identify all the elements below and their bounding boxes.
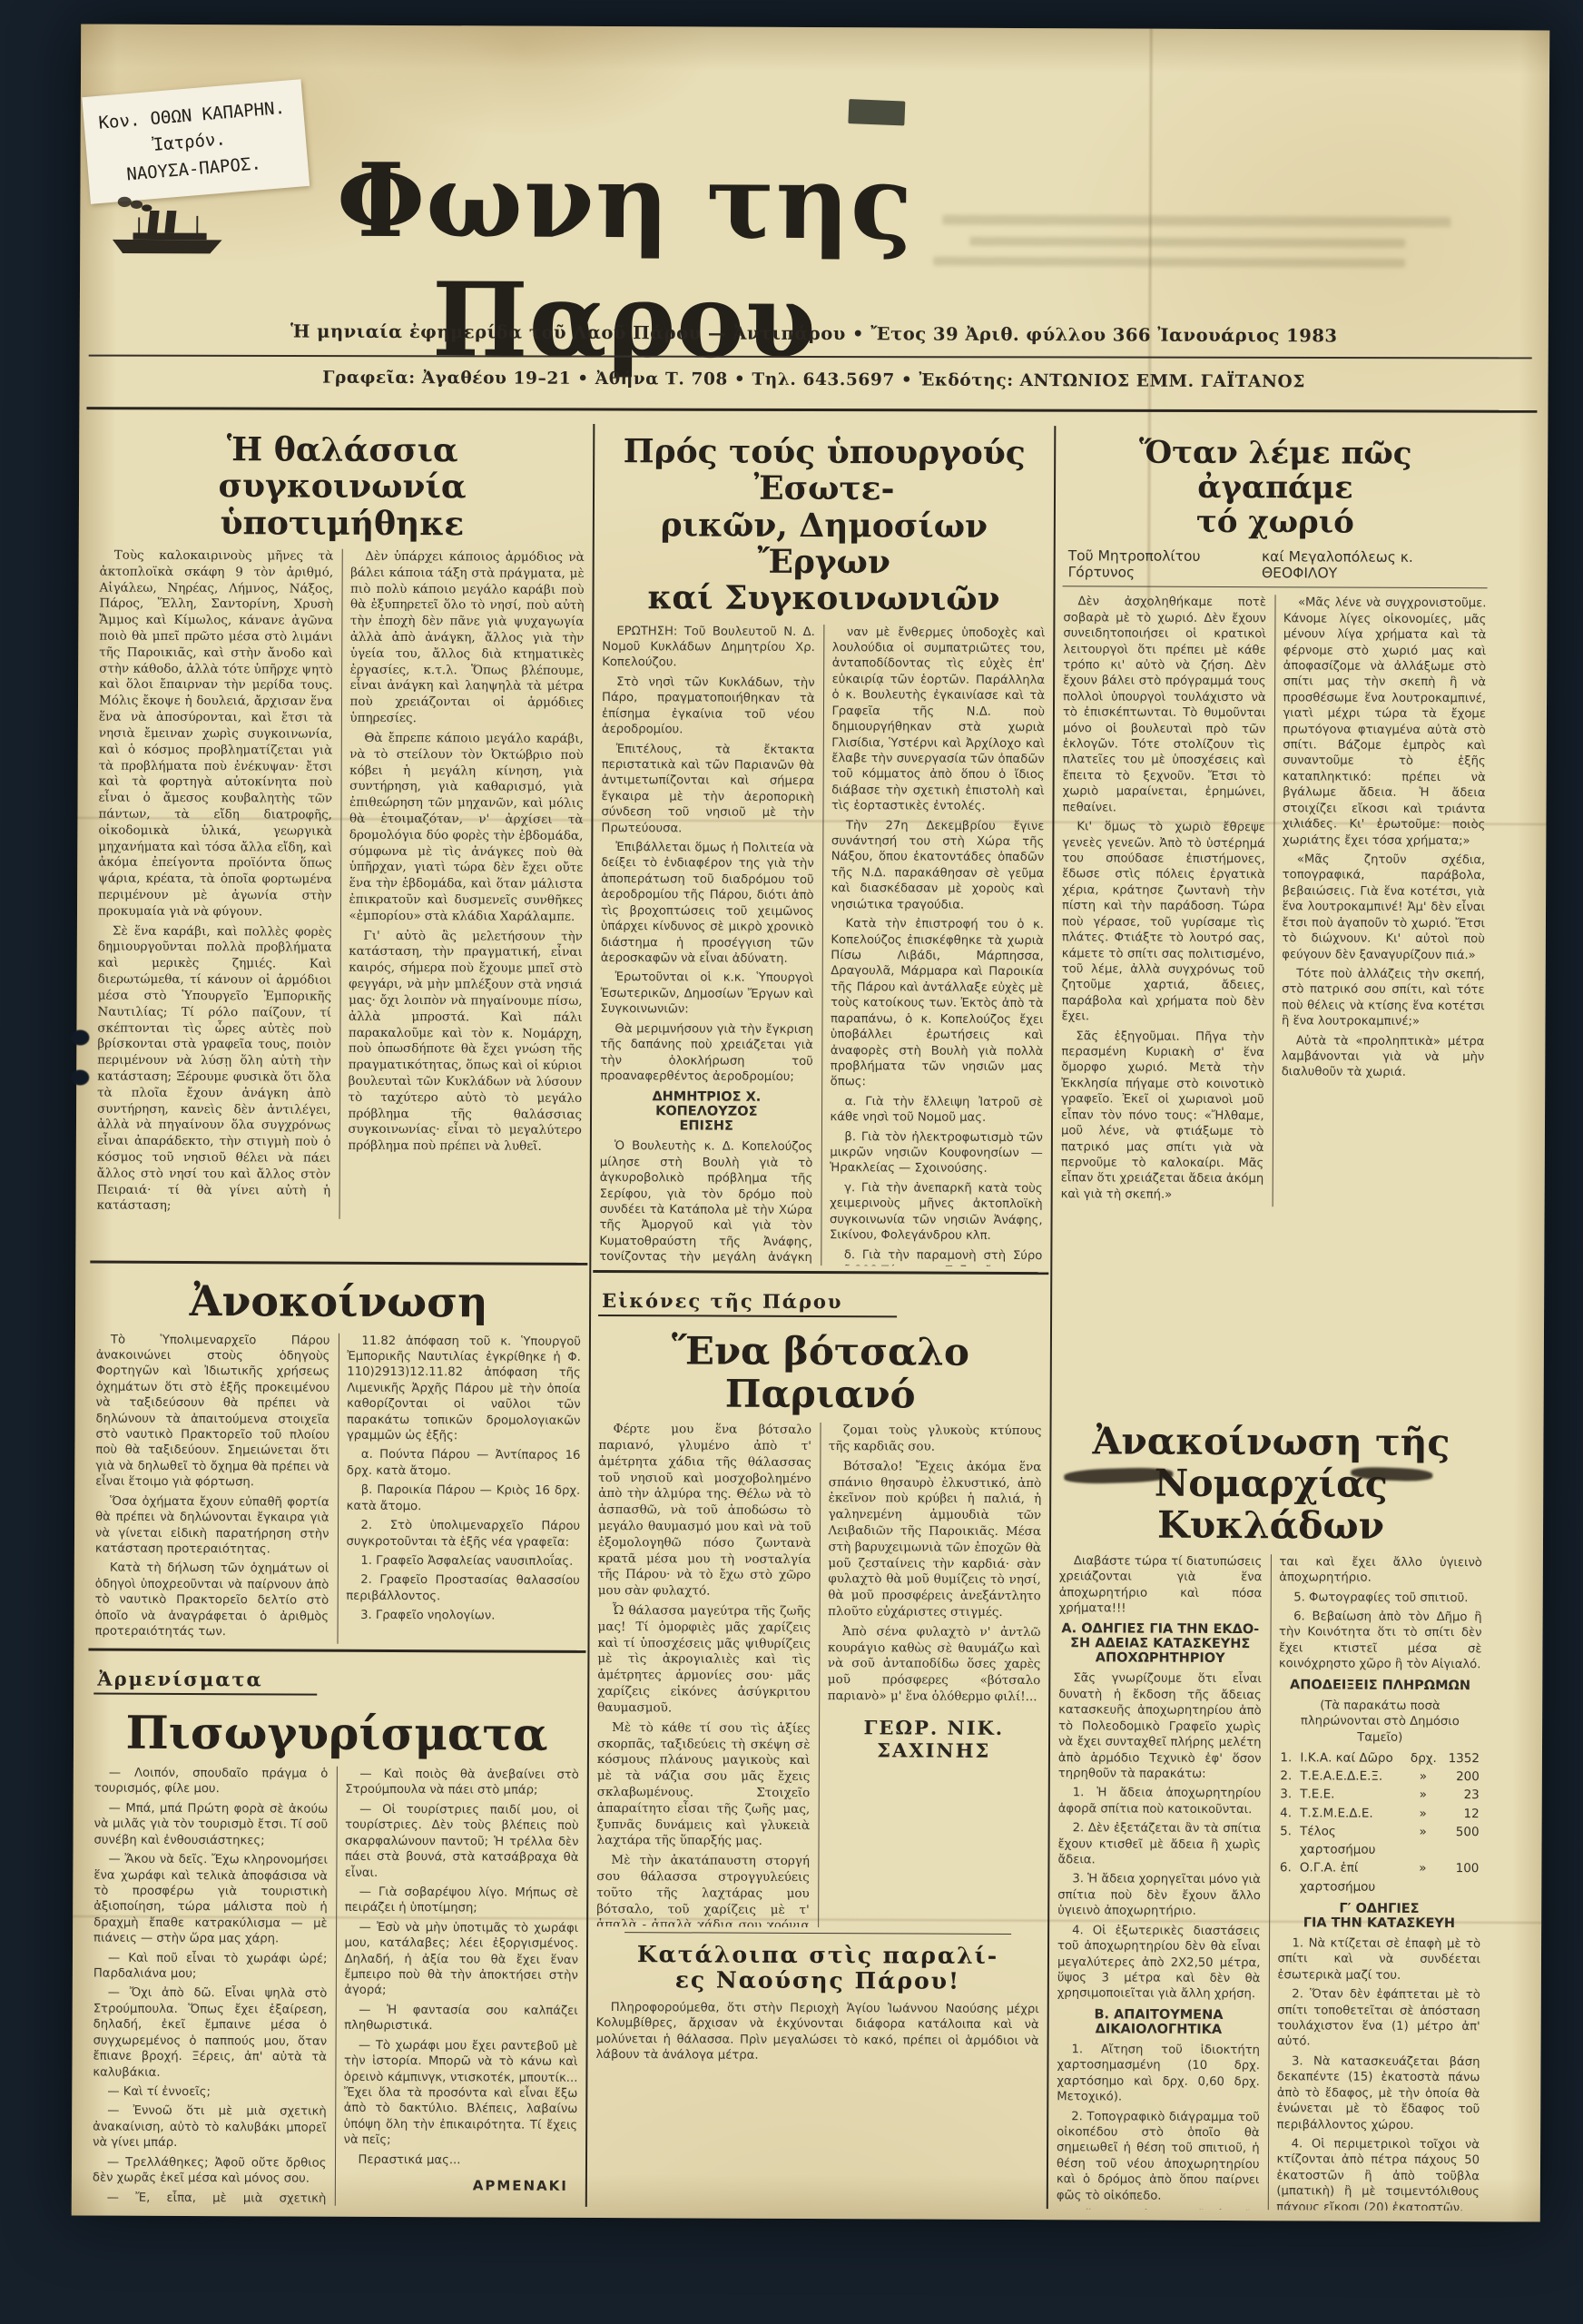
- body-paragraph: 1. Γραφεῖο Ἀσφαλείας ναυσιπλοΐας.: [346, 1553, 580, 1571]
- body-paragraph: Δὲν ἀσχοληθήκαμε ποτὲ σοβαρὰ μὲ τὸ χωριό…: [1062, 594, 1266, 816]
- list-item: γ. Γιὰ τὴν ἀνεπαρκῆ κατὰ τοὺς χειμερινοὺ…: [830, 1180, 1043, 1245]
- body-paragraph: 2. Γραφεῖο Προστασίας θαλασσίου περιβάλλ…: [346, 1572, 580, 1605]
- fee-row: 3. Τ.Ε.Ε. » 23: [1278, 1786, 1481, 1805]
- list-item: 1. Αἴτηση τοῦ ἰδιοκτήτη χαρτοσημασμένη (…: [1057, 2042, 1260, 2106]
- byline-author: καί Μεγαλοπόλεως κ. ΘΕΟΦΙΛΟΥ: [1262, 548, 1482, 582]
- body-paragraph: β. Παροικία Πάρου — Κριὸς 16 δρχ. κατὰ ἄ…: [347, 1482, 581, 1515]
- fee-unit: »: [1411, 1805, 1436, 1823]
- byline-author: Τοῦ Μητροπολίτου Γόρτυνος: [1068, 547, 1262, 581]
- body-paragraph: Τὴν 27η Δεκεμβρίου ἔγινε συνάντησή του σ…: [831, 818, 1045, 914]
- list-item: 6. Βεβαίωση ἀπὸ τὸν Δῆμο ἢ τὴν Κοινότητα…: [1279, 1609, 1482, 1673]
- author-signature: ΓΕΩΡ. ΝΙΚ. ΣΑΧΙΝΗΣ: [827, 1716, 1040, 1762]
- body-paragraph: Τότε ποὺ ἀλλάζεις τὴν σκεπή, στὸ πατρικό…: [1282, 966, 1485, 1030]
- deputy-name: ΔΗΜΗΤΡΙΟΣ Χ. ΚΟΠΕΛΟΥΖΟΣ ΕΠΙΣΗΣ: [600, 1089, 813, 1134]
- body-paragraph: ναν μὲ ἔνθερμες ὑποδοχὲς καὶ λουλούδια ο…: [831, 625, 1045, 815]
- list-item: α. Γιὰ τὴν ἔλλειψη Ἰατροῦ σὲ κάθε νησὶ τ…: [830, 1094, 1043, 1127]
- body-paragraph: Σὲ ἕνα καράβι, καὶ πολλὲς φορὲς δημιουργ…: [97, 923, 332, 1216]
- section-divider: [90, 1261, 587, 1265]
- column-kicker: Ἀρμενίσματα: [93, 1666, 318, 1696]
- list-item: 3. Νὰ κατασκευάζεται βάση δεκαπέντε (15)…: [1277, 2053, 1480, 2133]
- list-item: 3. Ἔντυπα οἰκοδομικῶν ἀδειῶν (ἀξία ἐντύπ…: [1057, 2207, 1260, 2211]
- fee-unit: δρχ.: [1411, 1749, 1436, 1768]
- page-columns: Ἡ θαλάσσια συγκοινωνία ὑποτιμήθηκε Τοὺς …: [84, 422, 1496, 2211]
- section-divider: [624, 1932, 1011, 1935]
- dialogue-line: — Μπά, μπά Πρώτη φορὰ σὲ ἀκούω νὰ μιλᾶς …: [94, 1800, 329, 1848]
- body-paragraph: «Μᾶς λένε νὰ συγχρονιστοῦμε. Κάνομε λίγε…: [1283, 596, 1487, 850]
- fee-row: 5. Τέλος χαρτοσήμου » 500: [1278, 1822, 1481, 1859]
- column-kicker: Εἰκόνες τῆς Πάρου: [598, 1287, 898, 1317]
- fee-number: 3.: [1280, 1786, 1300, 1804]
- dialogue-line: — Ἐσὺ νὰ μὴν ὑποτιμᾶς τὸ χωράφι μου, κατ…: [344, 1920, 578, 2000]
- body-paragraph: Τὸ Ὑπολιμεναρχεῖο Πάρου ἀνακοινώνει στοὺ…: [95, 1332, 329, 1491]
- fee-amount: 23: [1436, 1786, 1480, 1804]
- body-paragraph: Μὲ τὴν ἀκατάπαυστη στοργή σου θάλασσα στ…: [595, 1853, 810, 1928]
- body-paragraph: Ὅσα ὀχήματα ἔχουν εὐπαθῆ φορτία θὰ πρέπε…: [95, 1493, 329, 1558]
- body-paragraph: 1. Μὲ τὴν 42925)127 6)20.: [94, 1643, 329, 1645]
- article-ministers-question: Πρός τούς ὑπουργούς Ἐσωτε- ρικῶν, Δημοσί…: [591, 424, 1054, 1266]
- fee-unit: »: [1410, 1859, 1435, 1896]
- body-paragraph: Κατὰ τὴν ἐπιστροφή του ὁ κ. Κοπελούζος ἐ…: [831, 916, 1044, 1091]
- section-b-heading: Β. ΑΠΑΙΤΟΥΜΕΝΑ ΔΙΚΑΙΟΛΟΓΗΤΙΚΑ: [1057, 2007, 1261, 2037]
- body-paragraph: Μὲ τὸ κάθε τί σου τὶς ἀξίες σκορπᾶς, ταξ…: [597, 1720, 811, 1851]
- column-middle: Πρός τούς ὑπουργούς Ἐσωτε- ρικῶν, Δημοσί…: [587, 424, 1055, 2209]
- article-nomarchia: Ἀνακοίνωση τῆς Νομαρχίας Κυκλάδων Διαβάσ…: [1048, 1412, 1491, 2211]
- payments-note: (Τὰ παρακάτω ποσὰ πληρώνονται στὸ Δημόσι…: [1279, 1698, 1482, 1746]
- fee-amount: 100: [1435, 1859, 1479, 1896]
- column-left: Ἡ θαλάσσια συγκοινωνία ὑποτιμήθηκε Τοὺς …: [84, 422, 594, 2207]
- body-paragraph: 2. Στὸ ὑπολιμεναρχεῖο Πάρου συγκροτοῦντα…: [346, 1518, 580, 1551]
- fee-unit: »: [1411, 1786, 1436, 1804]
- dialogue-line: — Καὶ ποῦ εἶναι τὸ χωράφι ὠρέ; Παρδαλιάν…: [93, 1950, 328, 1983]
- body-paragraph: Σᾶς γνωρίζουμε ὅτι εἶναι δυνατὴ ἡ ἔκδοση…: [1058, 1671, 1262, 1783]
- article-headline: Πισωγυρίσματα: [92, 1708, 582, 1760]
- article-headline: Κατάλοιπα στὶς παραλί- ες Ναούσης Πάρου!: [594, 1942, 1042, 1994]
- article-headline: Ἕνα βότσαλο Παριανό: [596, 1329, 1045, 1416]
- article-anakoinosi: Ἀνοκοίνωση Τὸ Ὑπολιμεναρχεῖο Πάρου ἀνακο…: [86, 1269, 589, 1645]
- list-item: 3. Ἡ ἄδεια χορηγεῖται μόνο γιὰ σπίτια πο…: [1057, 1872, 1261, 1920]
- body-paragraph: 3. Γραφεῖο νηολογίων.: [346, 1608, 580, 1625]
- fee-label: Ι.Κ.Α. καί Δῶρο: [1300, 1748, 1411, 1768]
- body-paragraph: Ἐπιτέλους, τὰ ἔκτακτα περιστατικὰ καὶ τῶ…: [601, 742, 814, 838]
- body-paragraph: Τοὺς καλοκαιρινοὺς μῆνες τὰ ἀκτοπλοϊκὰ σ…: [98, 548, 333, 921]
- fee-number: 1.: [1280, 1748, 1300, 1767]
- section-a-heading: Α. ΟΔΗΓΙΕΣ ΓΙΑ ΤΗΝ ΕΚΔΟ- ΣΗ ΑΔΕΙΑΣ ΚΑΤΑΣ…: [1058, 1622, 1262, 1667]
- list-item: 2. Ὅταν δὲν ἐφάπτεται μὲ τὸ σπίτι τοποθε…: [1277, 1986, 1480, 2051]
- paper-hole: [71, 1029, 89, 1045]
- fee-number: 5.: [1280, 1822, 1300, 1859]
- dialogue-line: — Ὄχι ἀπὸ δῶ. Εἶναι ψηλὰ στὸ Στρούμπουλα…: [93, 1985, 327, 2082]
- list-item: δ. Γιὰ τὴν παραμονὴ στὴ Σύρο τοῦ 298 Τάγ…: [830, 1247, 1043, 1266]
- fee-amount: 200: [1436, 1768, 1480, 1786]
- article-sea-transport: Ἡ θαλάσσια συγκοινωνία ὑποτιμήθηκε Τοὺς …: [88, 422, 593, 1257]
- fee-amount: 500: [1435, 1823, 1479, 1860]
- list-item: 5. Φωτογραφίες τοῦ σπιτιοῦ.: [1279, 1590, 1482, 1606]
- body-paragraph: Σᾶς ἐξηγοῦμαι. Πῆγα τὴν περασμένη Κυριακ…: [1061, 1029, 1264, 1204]
- newspaper-photo: { "colors": {"backdrop": "#16202b", "pap…: [0, 0, 1583, 2324]
- body-paragraph: Φέρτε μου ἕνα βότσαλο παριανό, γλυμένο ἀ…: [598, 1422, 811, 1600]
- body-paragraph: Ὁ Βουλευτὴς κ. Δ. Κοπελούζος μίλησε στὴ …: [599, 1138, 812, 1266]
- body-paragraph: Ἀπὸ σένα φυλαχτὸ ν' ἀντλῶ κουράγιο καθὼς…: [828, 1624, 1041, 1706]
- author-signature: ΑΡΜΕΝΑΚΙ: [343, 2171, 577, 2194]
- fee-label: Τ.Ε.Α.Ε.Δ.Ε.Ξ.: [1300, 1768, 1411, 1787]
- dialogue-line: — Καὶ τί ἐννοεῖς;: [93, 2084, 327, 2102]
- body-paragraph: ΕΡΩΤΗΣΗ: Τοῦ Βουλευτοῦ Ν. Δ. Νομοῦ Κυκλά…: [602, 624, 815, 672]
- body-paragraph: Ἐρωτοῦνται οἱ κ.κ. Ὑπουργοὶ Ἐσωτερικῶν, …: [601, 970, 814, 1018]
- body-paragraph: Κατὰ τὴ δήλωση τῶν ὀχημάτων οἱ ὁδηγοὶ ὑπ…: [95, 1561, 329, 1640]
- dark-tab-artifact: [848, 99, 905, 125]
- body-paragraph: Ἐπιβάλλεται ὅμως ἡ Πολιτεία νὰ δείξει τὸ…: [601, 840, 814, 967]
- list-item: 2. Δὲν ἐξετάζεται ἂν τὰ σπίτια ἔχουν κτι…: [1057, 1820, 1261, 1868]
- fee-row: 1. Ι.Κ.Α. καί Δῶρο δρχ. 1352: [1278, 1748, 1481, 1768]
- fee-row: 4. Τ.Σ.Μ.Ε.Δ.Ε. » 12: [1278, 1804, 1481, 1823]
- dialogue-line: — Καὶ ποιὸς θὰ ἀνεβαίνει στὸ Στρούμπουλα…: [345, 1767, 579, 1799]
- masthead-info-line: Γραφεῖα: Ἀγαθέου 19–21 • Ἀθήνα Τ. 708 • …: [80, 367, 1549, 392]
- dialogue-line: — Ἐννοῶ ὅτι μὲ μιὰ σχετικὴ ἀνακαίνιση, α…: [93, 2103, 327, 2152]
- newspaper-title: Φωνη της Παρου: [134, 141, 1116, 383]
- fee-number: 4.: [1280, 1804, 1300, 1822]
- fee-row: 6. Ο.Γ.Α. ἐπί χαρτοσήμου » 100: [1278, 1859, 1481, 1896]
- fee-unit: »: [1411, 1768, 1436, 1786]
- body-paragraph: Δὲν ὑπάρχει κάποιος ἁρμόδιος νὰ βάλει κά…: [349, 549, 584, 728]
- dialogue-line: — Τὸ χωράφι μου ἔχει ραντεβοῦ μὲ τὴν ἱστ…: [344, 2038, 578, 2150]
- fee-label: Ο.Γ.Α. ἐπί χαρτοσήμου: [1300, 1859, 1411, 1896]
- list-item: β. Γιὰ τὸν ἠλεκτροφωτισμὸ τῶν μικρῶν νησ…: [830, 1129, 1043, 1177]
- article-katalipa: Κατάλοιπα στὶς παραλί- ες Ναούσης Πάρου!…: [587, 1926, 1047, 2209]
- article-headline: Ἡ θαλάσσια συγκοινωνία ὑποτιμήθηκε: [97, 431, 588, 543]
- body-paragraph: Στὸ νησὶ τῶν Κυκλάδων, τὴν Πάρο, πραγματ…: [602, 675, 815, 739]
- masthead: Φωνη της Παρου Ἡ μηνιαία ἐφημερίδα τοῦ Λ…: [81, 24, 1549, 30]
- fee-amount: 12: [1436, 1805, 1480, 1823]
- body-paragraph: Θὰ ἔπρεπε κάποιο μεγάλο καράβι, νὰ τὸ στ…: [349, 731, 583, 926]
- byline: Τοῦ Μητροπολίτου Γόρτυνος καί Μεγαλοπόλε…: [1056, 546, 1495, 587]
- dialogue-line: — Λοιπόν, σπουδαῖο πράγμα ὁ τουρισμός, φ…: [94, 1766, 329, 1798]
- fee-row: 2. Τ.Ε.Α.Ε.Δ.Ε.Ξ. » 200: [1278, 1767, 1481, 1786]
- article-headline: Ὅταν λέμε πῶς ἀγαπάμε τό χωριό: [1061, 435, 1490, 540]
- article-headline: Ἀνοκοίνωση: [93, 1278, 584, 1327]
- dialogue-line: — Ἡ φαντασία σου καλπάζει πληθωριστικά.: [344, 2003, 578, 2035]
- list-item: 4. Οἱ ἐξωτερικὲς διαστάσεις τοῦ ἀποχωρητ…: [1057, 1923, 1261, 2003]
- dialogue-line: — Τρελλάθηκες; Ἀφοῦ οὔτε ὄρθιος δὲν χωρᾶ…: [93, 2154, 327, 2187]
- section-c-heading: Γ′ ΟΔΗΓΙΕΣ ΓΙΑ ΤΗΝ ΚΑΤΑΣΚΕΥΗ: [1278, 1901, 1481, 1931]
- column-right: Ὅταν λέμε πῶς ἀγαπάμε τό χωριό Τοῦ Μητρο…: [1048, 426, 1496, 2211]
- article-headline: Ἀνακοίνωση τῆς Νομαρχίας Κυκλάδων: [1057, 1421, 1486, 1548]
- dialogue-line: Περαστικά μας...: [343, 2152, 577, 2169]
- fees-table: 1. Ι.Κ.Α. καί Δῶρο δρχ. 1352 2. Τ.Ε.Α.Ε.…: [1278, 1748, 1481, 1896]
- article-pisogirismata: Ἀρμενίσματα Πισωγυρίσματα — Λοιπόν, σπου…: [84, 1657, 588, 2207]
- section-divider: [593, 1270, 1048, 1275]
- article-votsalo: Εἰκόνες τῆς Πάρου Ἕνα βότσαλο Παριανό Φέ…: [588, 1278, 1050, 1928]
- label-line: Κον. ΟΘΩΝ ΚΑΠΑΡΗΝ.: [98, 98, 286, 133]
- body-paragraph: 11.82 ἀπόφαση τοῦ κ. Ὑπουργοῦ Ἐμπορικῆς …: [347, 1333, 581, 1444]
- body-paragraph: ζομαι τοὺς γλυκοὺς κτύπους τῆς καρδιᾶς σ…: [829, 1423, 1042, 1456]
- article-headline: Πρός τούς ὑπουργούς Ἐσωτε- ρικῶν, Δημοσί…: [599, 433, 1048, 618]
- newspaper-page: Κον. ΟΘΩΝ ΚΑΠΑΡΗΝ. Ἰατρόν. ΝΑΟΥΣΑ-ΠΑΡΟΣ.…: [72, 24, 1550, 2221]
- list-item: 2. Τοπογραφικὸ διάγραμμα τοῦ οἰκοπέδου σ…: [1057, 2109, 1260, 2205]
- list-item: 4. Οἱ περιμετρικοὶ τοῖχοι νὰ κτίζονται ἀ…: [1276, 2136, 1480, 2211]
- body-paragraph: Κι' ὅμως τὸ χωριὸ ἔθρεψε γενεὲς γενεῶν. …: [1061, 819, 1264, 1025]
- fee-amount: 1352: [1436, 1749, 1480, 1768]
- body-paragraph: «Μᾶς ζητοῦν σχέδια, τοπογραφικά, παράβολ…: [1282, 852, 1485, 963]
- fee-unit: »: [1410, 1823, 1435, 1860]
- dialogue-line: — Ἔ, εἶπα, μὲ μιὰ σχετικὴ ἀναδόμηση. Ἄλλ…: [93, 2190, 327, 2207]
- body-paragraph: Γι' αὐτὸ ἂς μελετήσουν τὴν κατάσταση, τὴ…: [348, 928, 583, 1155]
- body-paragraph: ται καὶ ἔχει ἄλλο ὑγιεινὸ ἀποχωρητήριο.: [1279, 1554, 1482, 1587]
- fee-label: Τ.Σ.Μ.Ε.Δ.Ε.: [1300, 1804, 1411, 1823]
- body-paragraph: Αὐτὰ τὰ «προληπτικὰ» μέτρα λαμβάνονται γ…: [1282, 1033, 1485, 1081]
- section-divider: [88, 1649, 585, 1653]
- fee-number: 2.: [1280, 1767, 1300, 1785]
- body-paragraph: Θὰ μεριμνήσουν γιὰ τὴν ἔγκριση τῆς δαπάν…: [600, 1021, 813, 1086]
- dialogue-line: — Οἱ τουρίστριες παιδί μου, οἱ τουρίστρι…: [345, 1802, 579, 1882]
- body-paragraph: Βότσαλο! Ἔχεις ἀκόμα ἕνα σπάνιο θησαυρὸ …: [828, 1459, 1041, 1621]
- body-paragraph: α. Πούντα Πάρου — Ἀντίπαρος 16 δρχ. κατὰ…: [347, 1447, 581, 1480]
- dialogue-line: — Γιὰ σοβαρέψου λίγο. Μήπως σὲ πειράζει …: [345, 1885, 579, 1917]
- fee-label: Τέλος χαρτοσήμου: [1300, 1822, 1411, 1859]
- paper-hole: [71, 1069, 89, 1085]
- body-paragraph: Ὦ θάλασσα μαγεύτρα τῆς ζωῆς μας! Τί ὀμορ…: [597, 1603, 811, 1718]
- list-item: 1. Νὰ κτίζεται σὲ ἐπαφὴ μὲ τὸ σπίτι καὶ …: [1277, 1935, 1480, 1984]
- fee-label: Τ.Ε.Ε.: [1300, 1786, 1411, 1805]
- dialogue-line: — Ἄκου νὰ δεῖς. Ἔχω κληρονομήσει ἕνα χωρ…: [93, 1852, 328, 1948]
- list-item: 1. Ἡ ἄδεια ἀποχωρητηρίου ἀφορᾶ σπίτια πο…: [1058, 1786, 1262, 1818]
- fee-number: 6.: [1280, 1859, 1300, 1896]
- body-paragraph: Πληροφορούμεθα, ὅτι στὴν Περιοχὴ Ἁγίου Ἰ…: [595, 2000, 1038, 2065]
- article-village: Ὅταν λέμε πῶς ἀγαπάμε τό χωριό Τοῦ Μητρο…: [1052, 426, 1496, 1413]
- payments-heading: ΑΠΟΔΕΙΞΕΙΣ ΠΛΗΡΩΜΩΝ: [1279, 1678, 1482, 1693]
- rule: [86, 407, 1537, 413]
- body-paragraph: Διαβάστε τώρα τί διατυπώσεις χρειάζονται…: [1059, 1553, 1263, 1618]
